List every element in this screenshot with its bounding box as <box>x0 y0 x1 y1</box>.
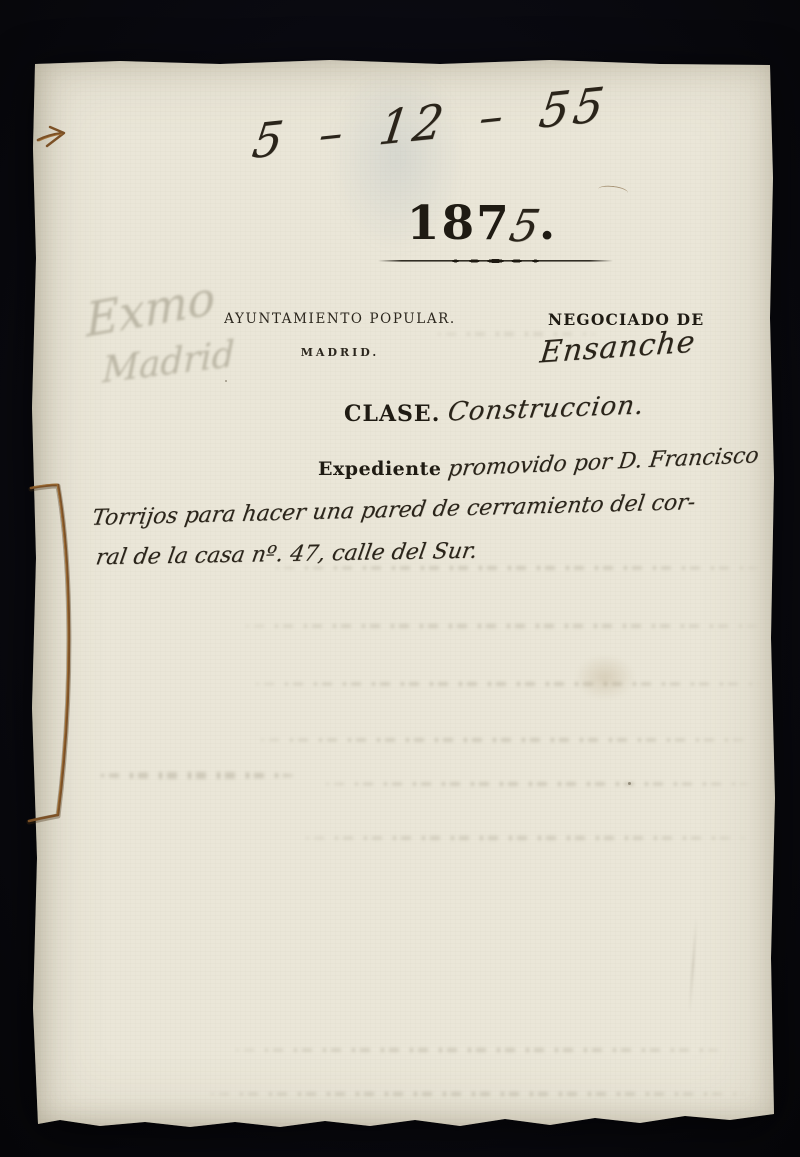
institution-name: AYUNTAMIENTO POPULAR. <box>210 311 470 327</box>
city-name: MADRID. <box>210 346 470 359</box>
scan-background: Exmo Madrid 5 – 12 – 55 1875. AYUNTAMIEN… <box>0 0 800 1157</box>
ornamental-rule <box>378 257 613 265</box>
clase-label: CLASE. <box>344 401 440 427</box>
paper-shadow-wrap <box>0 0 800 1157</box>
year-heading: 1875. <box>376 196 586 251</box>
expediente-label: Expediente <box>318 458 441 480</box>
year-printed-digits: 187 <box>407 196 511 251</box>
